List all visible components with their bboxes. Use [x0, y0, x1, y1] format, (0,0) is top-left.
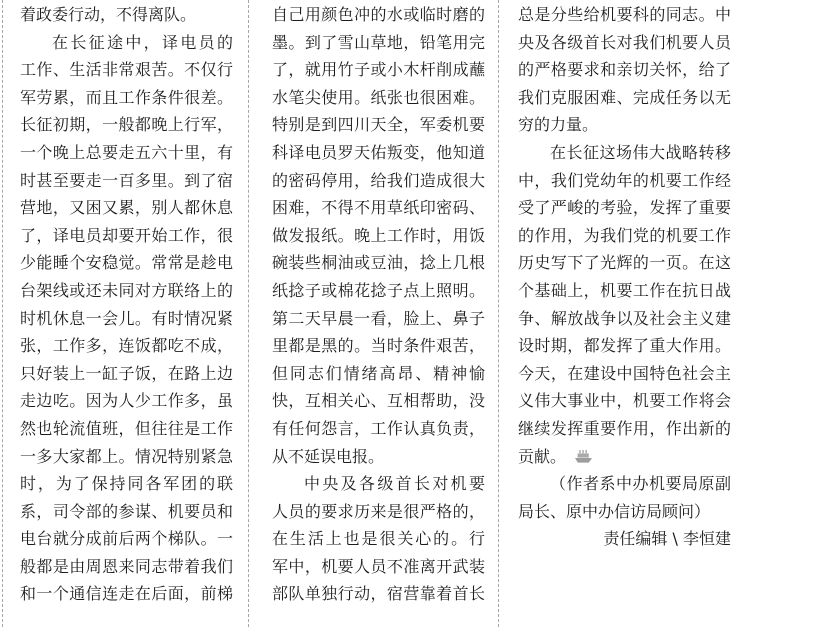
author-note-line: 局长、原中办信访局顾问） — [518, 498, 731, 526]
text-line: 墨。到了雪山草地，铅笔用完 — [272, 29, 485, 57]
article-last-line: 贡献。 — [518, 443, 731, 471]
text-line: 历史写下了光辉的一页。在这 — [518, 249, 731, 277]
text-line: 了，译电员却要开始工作，很 — [20, 222, 233, 250]
boat-end-mark-icon — [575, 444, 592, 471]
text-line: 科译电员罗天佑叛变，他知道 — [272, 139, 485, 167]
text-line: 但同志们情绪高昂、精神愉 — [272, 360, 485, 388]
text-line: 纸捻子或棉花捻子点上照明。 — [272, 277, 485, 305]
text-line: 部队单独行动，宿营靠着首长 — [272, 580, 485, 608]
text-line: 有任何怨言，工作认真负责， — [272, 415, 485, 443]
text-line: 张，工作多，连饭都吃不成， — [20, 332, 233, 360]
text-line: 少能睡个安稳觉。常常是趁电 — [20, 249, 233, 277]
text-line: 争、解放战争以及社会主义建 — [518, 305, 731, 333]
text-line: 的作用，为我们党的机要工作 — [518, 222, 731, 250]
text-line: 今天，在建设中国特色社会主 — [518, 360, 731, 388]
text-line: 第二天早晨一看，脸上、鼻子 — [272, 305, 485, 333]
text-line: 贡献。 — [518, 447, 566, 466]
text-line: 我们克服困难、完成任务以无 — [518, 84, 731, 112]
author-note-line: （作者系中办机要局原副 — [518, 470, 731, 498]
text-line: 继续发挥重要作用，作出新的 — [518, 415, 731, 443]
text-line: 长征初期，一般都晚上行军， — [20, 111, 233, 139]
text-line: 然也轮流值班，但往往是工作 — [20, 415, 233, 443]
text-line: 时机休息一会儿。有时情况紧 — [20, 305, 233, 333]
paragraph-end-line: 从不延误电报。 — [272, 443, 485, 471]
text-line: 困难，不得不用草纸印密码、 — [272, 194, 485, 222]
text-line: 工作、生活非常艰苦。不仅行 — [20, 56, 233, 84]
text-line: 个基础上，机要工作在抗日战 — [518, 277, 731, 305]
text-line: 碗装些桐油或豆油，捻上几根 — [272, 249, 485, 277]
text-column-3: 总是分些给机要科的同志。中 央及各级首长对我们机要人员 的严格要求和亲切关怀，给… — [518, 1, 731, 553]
text-line: 般都是由周恩来同志带着我们 — [20, 553, 233, 581]
text-line: 和一个通信连走在后面，前梯 — [20, 580, 233, 608]
text-line: 里都是黑的。当时条件艰苦， — [272, 332, 485, 360]
text-line: 一个晚上总要走五六十里，有 — [20, 139, 233, 167]
text-line: 台架线或还未同对方联络上的 — [20, 277, 233, 305]
text-line: 走边吃。因为人少工作多，虽 — [20, 387, 233, 415]
text-line: 在生活上也是很关心的。行 — [272, 525, 485, 553]
column-divider-1 — [248, 0, 249, 627]
text-line: 总是分些给机要科的同志。中 — [518, 1, 731, 29]
text-column-2: 自己用颜色冲的水或临时磨的 墨。到了雪山草地，铅笔用完 了，就用竹子或小木杆削成… — [272, 1, 485, 608]
column-divider-left-edge — [2, 0, 3, 627]
text-line: 电台就分成前后两个梯队。一 — [20, 525, 233, 553]
text-line: 营地，又困又累，别人都休息 — [20, 194, 233, 222]
text-line: 特别是到四川天全，军委机要 — [272, 111, 485, 139]
text-line: 受了严峻的考验，发挥了重要 — [518, 194, 731, 222]
text-line: 自己用颜色冲的水或临时磨的 — [272, 1, 485, 29]
paragraph-start-line: 中央及各级首长对机要 — [272, 470, 485, 498]
text-line: 中，我们党幼年的机要工作经 — [518, 167, 731, 195]
text-column-1: 着政委行动，不得离队。 在长征途中，译电员的 工作、生活非常艰苦。不仅行 军劳累… — [20, 1, 233, 608]
text-line: 央及各级首长对我们机要人员 — [518, 29, 731, 57]
text-line: 军劳累，而且工作条件很差。 — [20, 84, 233, 112]
text-line: 时甚至要走一百多里。到了宿 — [20, 167, 233, 195]
editor-credit-line: 责任编辑 \ 李恒建 — [518, 525, 731, 553]
text-line: 做发报纸。晚上工作时，用饭 — [272, 222, 485, 250]
text-line: 只好装上一缸子饭，在路上边 — [20, 360, 233, 388]
scanned-article-page: 着政委行动，不得离队。 在长征途中，译电员的 工作、生活非常艰苦。不仅行 军劳累… — [0, 0, 813, 627]
text-line: 人员的要求历来是很严格的， — [272, 498, 485, 526]
text-line: 设时期，都发挥了重大作用。 — [518, 332, 731, 360]
text-line: 一多大家都上。情况特别紧急 — [20, 443, 233, 471]
text-line: 在长征途中，译电员的 — [20, 29, 233, 57]
text-line: 的严格要求和亲切关怀，给了 — [518, 56, 731, 84]
text-line: 时，为了保持同各军团的联 — [20, 470, 233, 498]
text-line: 着政委行动，不得离队。 — [20, 1, 233, 29]
text-line: 水笔尖使用。纸张也很困难。 — [272, 84, 485, 112]
text-line: 义伟大事业中，机要工作将会 — [518, 387, 731, 415]
text-line: 军中，机要人员不准离开武装 — [272, 553, 485, 581]
paragraph-end-line: 穷的力量。 — [518, 111, 731, 139]
text-line: 了，就用竹子或小木杆削成蘸 — [272, 56, 485, 84]
paragraph-start-line: 在长征这场伟大战略转移 — [518, 139, 731, 167]
text-line: 系，司令部的参谋、机要员和 — [20, 498, 233, 526]
text-line: 的密码停用，给我们造成很大 — [272, 167, 485, 195]
column-divider-2 — [498, 0, 499, 627]
text-line: 快，互相关心、互相帮助，没 — [272, 387, 485, 415]
